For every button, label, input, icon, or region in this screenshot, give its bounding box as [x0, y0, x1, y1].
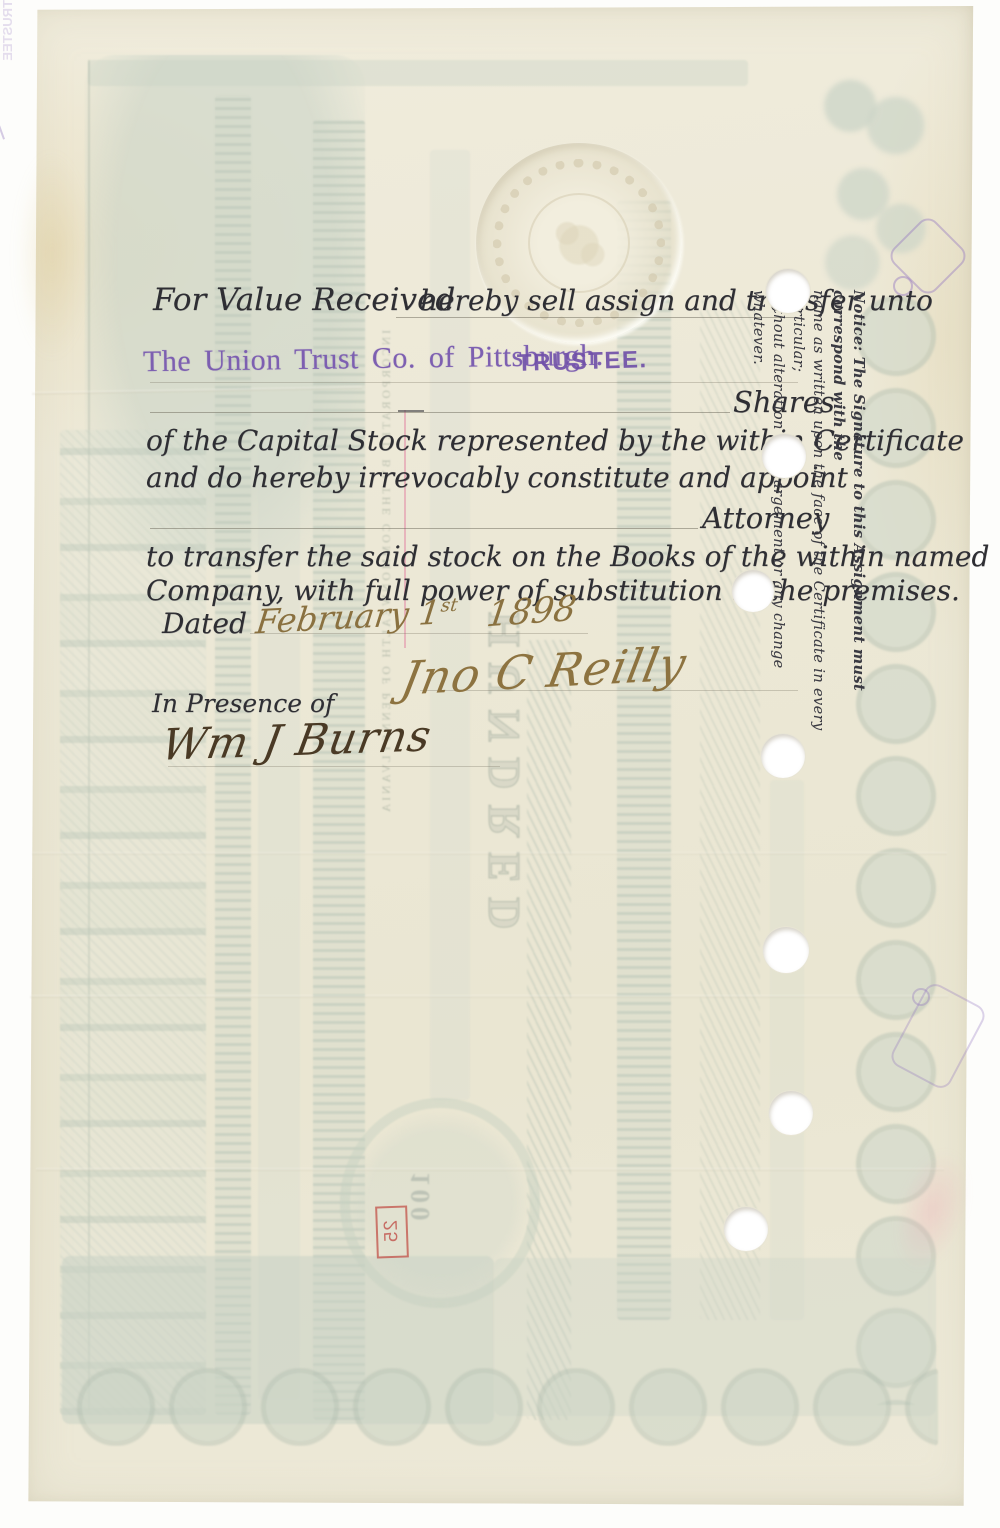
punch-hole	[766, 269, 810, 313]
stain-top-left	[16, 150, 88, 360]
capital-clause-line2: and do hereby irrevocably constitute and…	[146, 461, 848, 494]
crease-line	[32, 852, 947, 855]
fill-in-line	[396, 317, 794, 318]
notice-line-2: name as written upon the face of the Cer…	[788, 290, 828, 748]
signature-notice: Notice: The Signature to this Assignment…	[804, 290, 868, 748]
dash-mark	[398, 410, 424, 412]
certificate-back-scan: INCORPORATED BY THE COMMONWEALTH OF PENN…	[0, 0, 1000, 1528]
punch-hole	[762, 434, 806, 478]
notice-line-1: Notice: The Signature to this Assignment…	[828, 290, 868, 748]
date-suffix-text: st	[440, 595, 459, 617]
revenue-stamp-value: 25	[381, 1220, 404, 1244]
purple-squiggle-bottom-left	[0, 120, 14, 139]
fill-in-line	[150, 382, 798, 383]
fill-in-line	[150, 412, 730, 413]
trustee-ghost-text: TRUSTEE	[0, 0, 15, 90]
seal-center-monogram	[528, 193, 630, 293]
punch-hole	[763, 927, 809, 973]
witness-label: In Presence of	[152, 689, 334, 718]
front-bottom-scallop-border	[70, 1368, 938, 1446]
value-received-label: For Value Received	[153, 282, 455, 318]
crease-line	[30, 995, 948, 998]
punch-hole	[732, 570, 774, 612]
front-frame-top-ghost	[88, 60, 748, 86]
fill-in-line	[150, 528, 698, 529]
purple-stamp-dot-mid	[912, 988, 930, 1006]
dated-label: Dated	[162, 607, 247, 640]
punch-hole	[761, 734, 805, 778]
revenue-stamp-25-ghost: 25	[375, 1205, 409, 1258]
crease-line	[36, 1168, 944, 1171]
punch-hole	[769, 1091, 813, 1135]
front-medallion-ghost	[340, 1098, 540, 1308]
punch-hole	[724, 1207, 768, 1251]
notice-line-3: without alteration or enlargement or any…	[748, 290, 788, 748]
handwritten-year: 1898	[484, 589, 579, 636]
front-column-6	[770, 780, 804, 1320]
trustee-stamp: TRUSTEE.	[517, 346, 648, 378]
witness-signature: Wm J Burns	[158, 711, 436, 771]
